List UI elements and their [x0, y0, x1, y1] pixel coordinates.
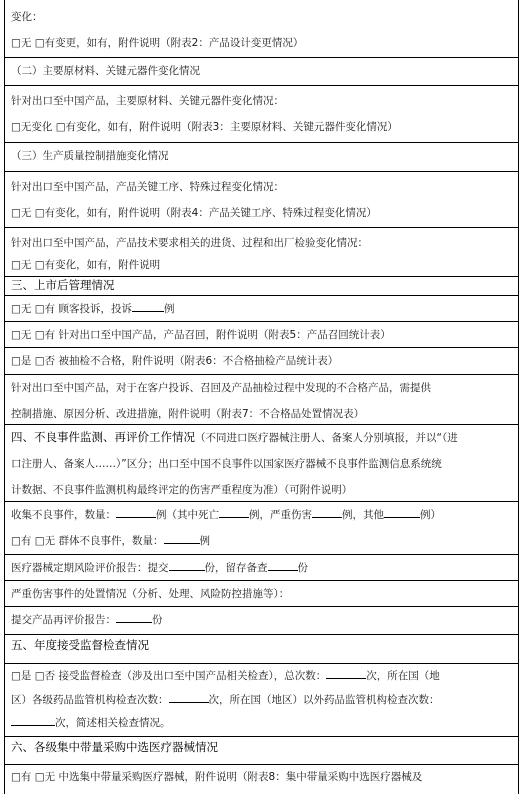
supervision-inspection-row: □是 □否 接受监督检查（涉及出口至中国产品相关检查），总次数：次，所在国（地 … — [5, 664, 518, 737]
inspection-change-label: 针对出口至中国产品，产品技术要求相关的进货、过程和出厂检验变化情况： — [11, 230, 512, 256]
procurement-row: □有 □无 中选集中带量采购医疗器械，附件说明（附表8：集中带量采购中选医疗器械… — [5, 765, 518, 794]
other-count-field[interactable] — [384, 506, 420, 518]
inspection-options[interactable]: □是 □否 接受监督检查（涉及出口至中国产品相关检查），总次数： — [11, 670, 326, 682]
archived-reports-field[interactable] — [268, 559, 298, 571]
serious-injury-count-field[interactable] — [312, 506, 342, 518]
recall-options[interactable]: □无 □有 针对出口至中国产品，产品召回，附件说明（附表5：产品召回统计表） — [11, 322, 512, 348]
reevaluation-row: 提交产品再评价报告：份 — [5, 607, 518, 635]
key-process-options[interactable]: □无 □有变化，如有，附件说明（附表4：产品关键工序、特殊过程变化情况） — [11, 200, 512, 226]
total-inspections-field[interactable] — [326, 667, 366, 679]
section-adverse-events-heading: 四、不良事件监测、再评价工作情况 — [11, 432, 195, 444]
inspection-change-row: 针对出口至中国产品，产品技术要求相关的进货、过程和出厂检验变化情况： □无 □有… — [5, 228, 518, 277]
adverse-events-heading-row: 四、不良事件监测、再评价工作情况（不同进口医疗器械注册人、备案人分别填报，并以“… — [5, 425, 518, 502]
report-form-table: 变化： □无 □有变更，如有，附件说明（附表2：产品设计变更情况） （二）主要原… — [4, 0, 519, 794]
design-change-options[interactable]: □无 □有变更，如有，附件说明（附表2：产品设计变更情况） — [11, 30, 512, 56]
raw-materials-row: 针对出口至中国产品，主要原材料、关键元器件变化情况： □无变化 □有变化，如有，… — [5, 86, 518, 143]
sampling-row: □是 □否 被抽检不合格，附件说明（附表6：不合格抽检产品统计表） — [5, 348, 518, 375]
adverse-events-count-row: 收集不良事件，数量：例（其中死亡例，严重伤害例，其他例） □有 □无 群体不良事… — [5, 502, 518, 555]
design-change-row: 变化： □无 □有变更，如有，附件说明（附表2：产品设计变更情况） — [5, 0, 518, 58]
section-quality-control-heading: （三）生产质量控制措施变化情况 — [5, 143, 518, 172]
foreign-inspections-field[interactable] — [11, 714, 55, 726]
procurement-options[interactable]: □有 □无 中选集中带量采购医疗器械，附件说明（附表8：集中带量采购中选医疗器械… — [11, 765, 512, 789]
design-change-label: 变化： — [11, 4, 512, 30]
section-procurement-heading-row: 六、各级集中带量采购中选医疗器械情况 — [5, 737, 518, 765]
recall-row: □无 □有 针对出口至中国产品，产品召回，附件说明（附表5：产品召回统计表） — [5, 322, 518, 348]
adverse-events-total-field[interactable] — [116, 506, 156, 518]
risk-report-row: 医疗器械定期风险评价报告：提交份，留存备查份 — [5, 555, 518, 581]
section-inspection-heading-row: 五、年度接受监督检查情况 — [5, 635, 518, 664]
death-count-field[interactable] — [219, 506, 249, 518]
reevaluation-count-field[interactable] — [116, 611, 152, 623]
complaints-row: □无 □有 顾客投诉，投诉例 — [5, 296, 518, 322]
inspection-change-options[interactable]: □无 □有变化，如有，附件说明 — [11, 256, 512, 275]
raw-materials-label: 针对出口至中国产品，主要原材料、关键元器件变化情况： — [11, 88, 512, 114]
complaints-count-field[interactable] — [132, 300, 164, 312]
key-process-row: 针对出口至中国产品，产品关键工序、特殊过程变化情况： □无 □有变化，如有，附件… — [5, 172, 518, 228]
raw-materials-options[interactable]: □无变化 □有变化，如有，附件说明（附表3：主要原材料、关键元器件变化情况） — [11, 114, 512, 140]
key-process-label: 针对出口至中国产品，产品关键工序、特殊过程变化情况： — [11, 174, 512, 200]
domestic-inspections-field[interactable] — [169, 691, 209, 703]
submitted-reports-field[interactable] — [169, 559, 205, 571]
nonconforming-row: 针对出口至中国产品，对于在客户投诉、召回及产品抽检过程中发现的不合格产品，需提供… — [5, 375, 518, 425]
section-raw-materials-heading: （二）主要原材料、关键元器件变化情况 — [5, 58, 518, 86]
complaints-options[interactable]: □无 □有 顾客投诉，投诉 — [11, 303, 132, 315]
group-events-options[interactable]: □有 □无 群体不良事件，数量： — [11, 535, 164, 547]
sampling-options[interactable]: □是 □否 被抽检不合格，附件说明（附表6：不合格抽检产品统计表） — [11, 348, 512, 374]
serious-injury-handling-row: 严重伤害事件的处置情况（分析、处理、风险防控措施等）： — [5, 581, 518, 607]
group-events-count-field[interactable] — [164, 532, 200, 544]
section-post-market-heading: 三、上市后管理情况 — [5, 277, 518, 296]
